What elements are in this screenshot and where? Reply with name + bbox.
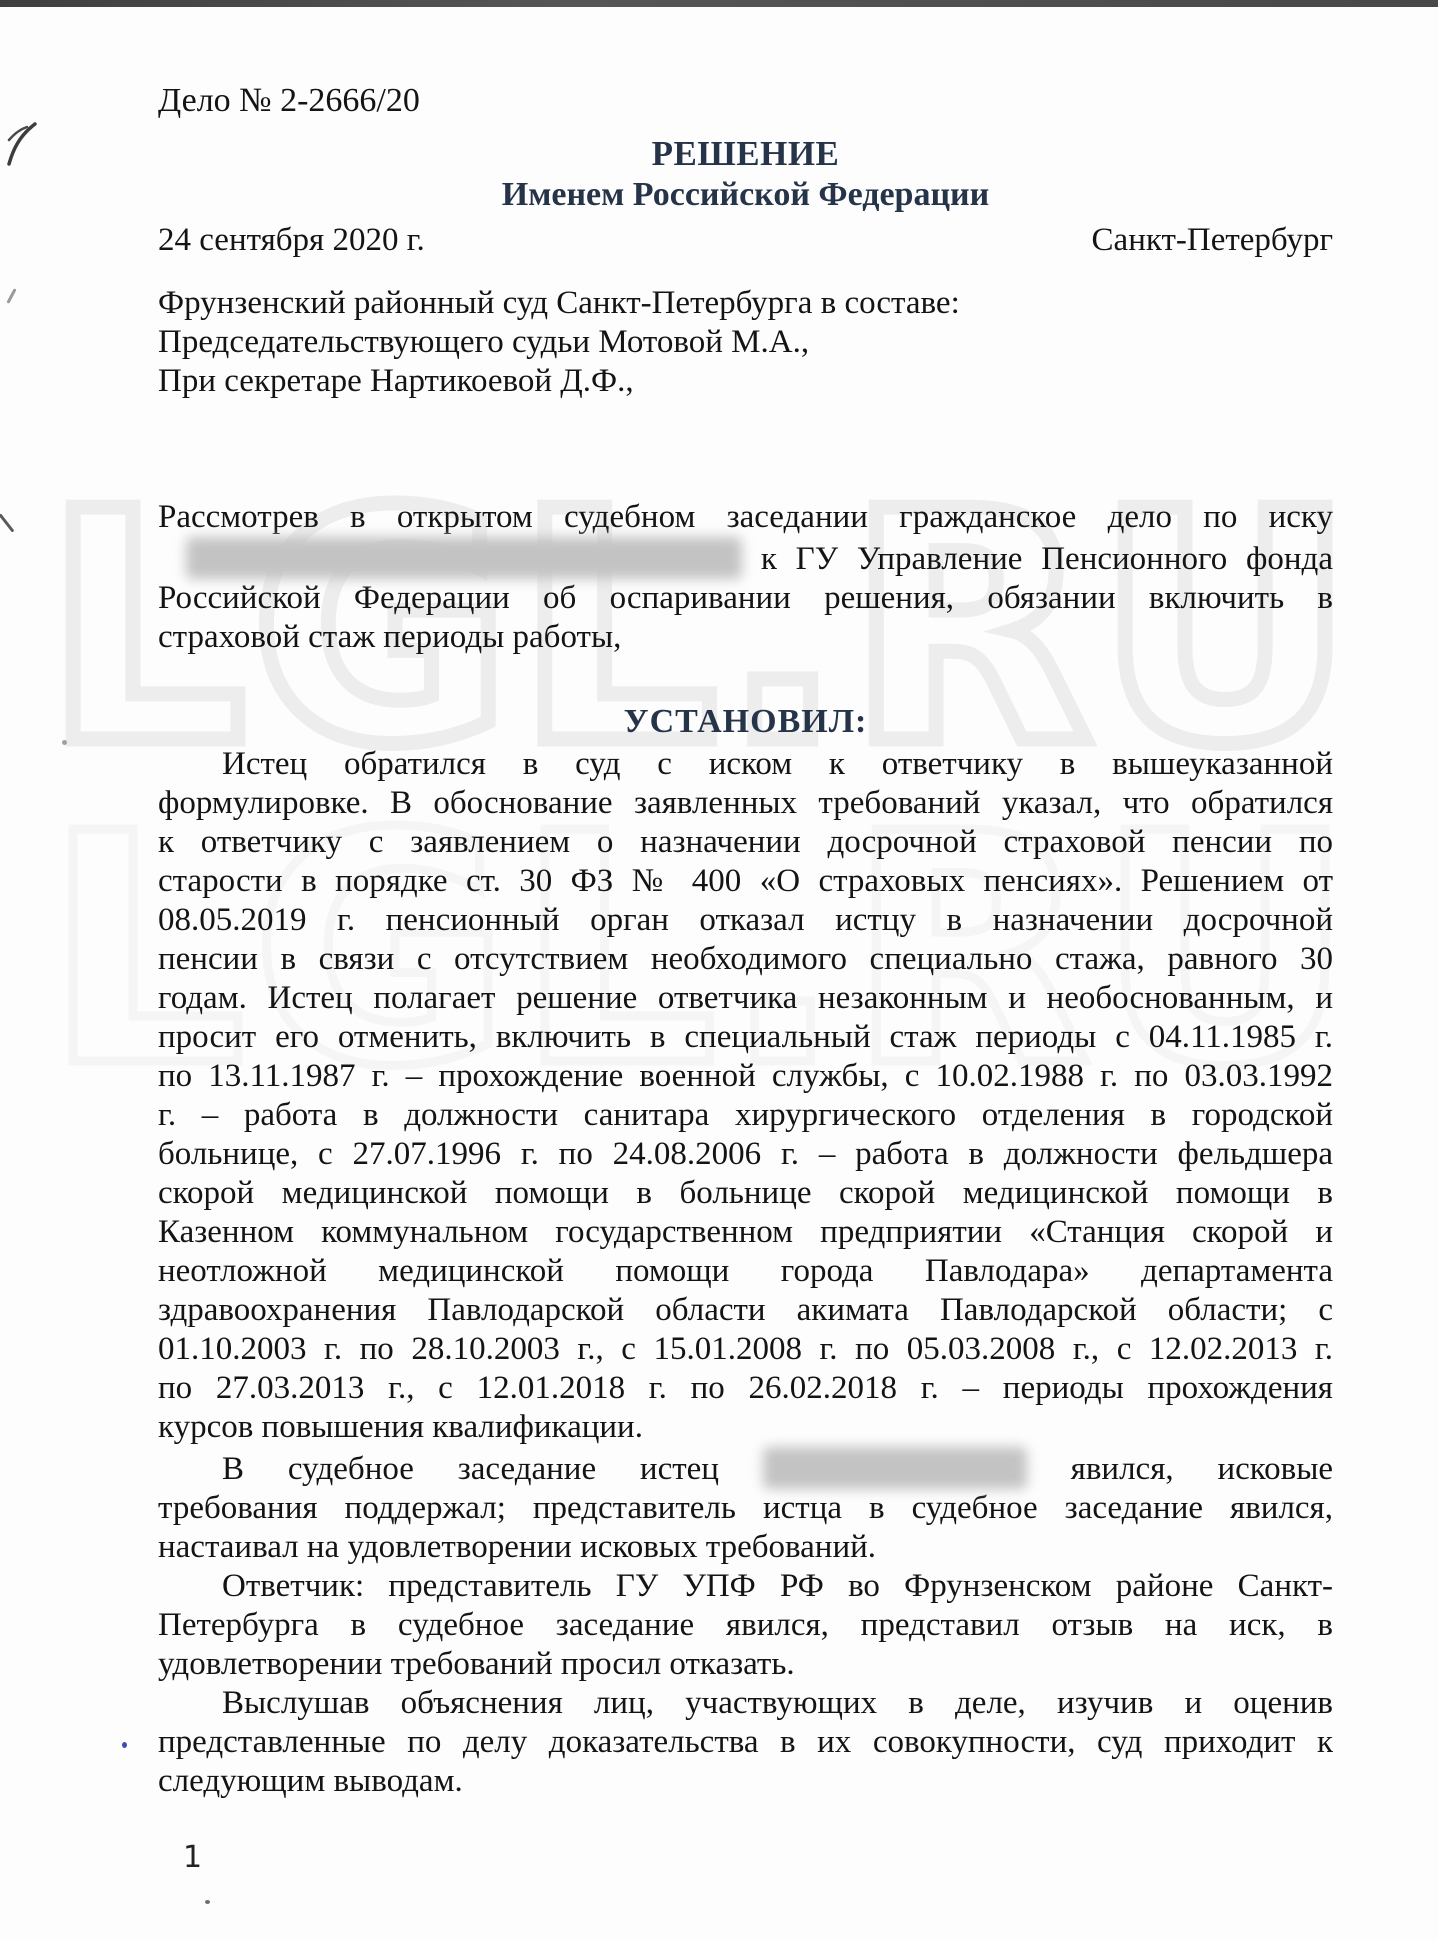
document-title: РЕШЕНИЕ bbox=[158, 134, 1333, 174]
text-line: г. – работа в должности санитара хирурги… bbox=[158, 1096, 1333, 1135]
text-line: Петербурга в судебное заседание явился, … bbox=[158, 1606, 1333, 1645]
document-subtitle: Именем Российской Федерации bbox=[158, 176, 1333, 214]
judge-line: Председательствующего судьи Мотовой М.А.… bbox=[158, 324, 1333, 363]
text-line: Ответчик: представитель ГУ УПФ РФ во Фру… bbox=[158, 1567, 1333, 1606]
text-line: 01.10.2003 г. по 28.10.2003 г., с 15.01.… bbox=[158, 1330, 1333, 1369]
case-description-paragraph: Рассмотрев в открытом судебном заседании… bbox=[158, 498, 1333, 657]
scanned-court-decision-page: LGL.RU LGL.RU Дело № 2-2666/20 РЕШЕНИЕ И… bbox=[0, 0, 1438, 1941]
text-line: 08.05.2019 г. пенсионный орган отказал и… bbox=[158, 901, 1333, 940]
text-line: скорой медицинской помощи в больнице ско… bbox=[158, 1174, 1333, 1213]
findings-paragraph-2: В судебное заседание истец явился, исков… bbox=[158, 1447, 1333, 1567]
text-line: требования поддержал; представитель истц… bbox=[158, 1489, 1333, 1528]
decision-city: Санкт-Петербург bbox=[1092, 222, 1333, 259]
established-heading: УСТАНОВИЛ: bbox=[158, 703, 1333, 741]
page-number: 1 bbox=[183, 1840, 202, 1875]
findings-paragraph-4: Выслушав объяснения лиц, участвующих в д… bbox=[158, 1684, 1333, 1801]
text-line: пенсии в связи с отсутствием необходимог… bbox=[158, 940, 1333, 979]
text-line: настаивал на удовлетворении исковых треб… bbox=[158, 1528, 1333, 1567]
secretary-line: При секретаре Нартикоевой Д.Ф., bbox=[158, 363, 1333, 402]
scan-dot-artifact bbox=[62, 740, 67, 745]
text-line: Российской Федерации об оспаривании реше… bbox=[158, 579, 1333, 618]
text-line: Казенном коммунальном государственном пр… bbox=[158, 1213, 1333, 1252]
text-line: по 13.11.1987 г. – прохождение военной с… bbox=[158, 1057, 1333, 1096]
text-line: здравоохранения Павлодарской области аки… bbox=[158, 1291, 1333, 1330]
text-line: по 27.03.2013 г., с 12.01.2018 г. по 26.… bbox=[158, 1369, 1333, 1408]
text-line: следующим выводам. bbox=[158, 1762, 1333, 1801]
scan-dot-artifact bbox=[205, 1900, 210, 1904]
scan-dot-artifact bbox=[122, 1742, 127, 1748]
text-fragment: В судебное заседание истец bbox=[222, 1451, 719, 1487]
findings-paragraph-1: Истец обратился в суд с иском к ответчик… bbox=[158, 745, 1333, 1447]
text-line: годам. Истец полагает решение ответчика … bbox=[158, 979, 1333, 1018]
text-line: удовлетворении требований просил отказат… bbox=[158, 1645, 1333, 1684]
text-line: просит его отменить, включить в специаль… bbox=[158, 1018, 1333, 1057]
text-line: формулировке. В обоснование заявленных т… bbox=[158, 784, 1333, 823]
text-line: Истец обратился в суд с иском к ответчик… bbox=[158, 745, 1333, 784]
date-city-row: 24 сентября 2020 г. Санкт-Петербург bbox=[158, 222, 1333, 259]
document-body: Дело № 2-2666/20 РЕШЕНИЕ Именем Российск… bbox=[158, 0, 1333, 1801]
text-fragment: явился, исковые bbox=[1071, 1451, 1333, 1487]
text-fragment: к ГУ Управление Пенсионного фонда bbox=[761, 541, 1333, 577]
text-line: Выслушав объяснения лиц, участвующих в д… bbox=[158, 1684, 1333, 1723]
redacted-plaintiff-name-short bbox=[763, 1447, 1027, 1489]
text-line: старости в порядке ст. 30 ФЗ № 400 «О ст… bbox=[158, 862, 1333, 901]
pen-mark-artifact bbox=[0, 513, 14, 532]
decision-date: 24 сентября 2020 г. bbox=[158, 222, 425, 259]
text-line: к ГУ Управление Пенсионного фонда bbox=[158, 537, 1333, 579]
redacted-plaintiff-name bbox=[186, 537, 742, 579]
case-number: Дело № 2-2666/20 bbox=[158, 82, 1333, 120]
text-line: Рассмотрев в открытом судебном заседании… bbox=[158, 498, 1333, 537]
text-line: В судебное заседание истец явился, исков… bbox=[158, 1447, 1333, 1489]
text-line: курсов повышения квалификации. bbox=[158, 1408, 1333, 1447]
text-line: к ответчику с заявлением о назначении до… bbox=[158, 823, 1333, 862]
text-line: больнице, с 27.07.1996 г. по 24.08.2006 … bbox=[158, 1135, 1333, 1174]
text-line: неотложной медицинской помощи города Пав… bbox=[158, 1252, 1333, 1291]
court-line: Фрунзенский районный суд Санкт-Петербург… bbox=[158, 285, 1333, 324]
text-line: страховой стаж периоды работы, bbox=[158, 618, 1333, 657]
findings-paragraph-3: Ответчик: представитель ГУ УПФ РФ во Фру… bbox=[158, 1567, 1333, 1684]
pen-mark-artifact bbox=[4, 118, 42, 170]
pen-mark-artifact bbox=[6, 288, 16, 304]
text-line: представленные по делу доказательства в … bbox=[158, 1723, 1333, 1762]
court-composition: Фрунзенский районный суд Санкт-Петербург… bbox=[158, 285, 1333, 402]
